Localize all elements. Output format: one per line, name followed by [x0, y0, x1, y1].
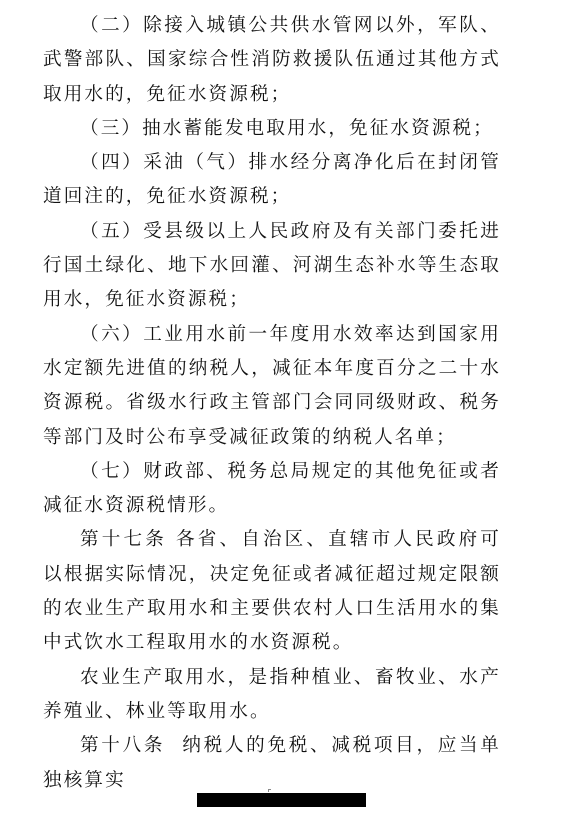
article-17: 第十七条 各省、自治区、直辖市人民政府可以根据实际情况，决定免征或者减征超过规定…: [43, 523, 501, 660]
article-17-definition: 农业生产取用水，是指种植业、畜牧业、水产养殖业、林业等取用水。: [43, 661, 501, 730]
clause-item-2: （二）除接入城镇公共供水管网以外，军队、武警部队、国家综合性消防救援队伍通过其他…: [43, 9, 501, 112]
clause-item-5: （五）受县级以上人民政府及有关部门委托进行国土绿化、地下水回灌、河湖生态补水等生…: [43, 215, 501, 318]
clause-item-6: （六）工业用水前一年度用水效率达到国家用水定额先进值的纳税人，减征本年度百分之二…: [43, 318, 501, 455]
redaction-bar: [197, 793, 366, 807]
page-number-mark: [268, 789, 271, 792]
clause-item-7: （七）财政部、税务总局规定的其他免征或者减征水资源税情形。: [43, 455, 501, 524]
article-18: 第十八条 纳税人的免税、减税项目，应当单独核算实: [43, 729, 501, 798]
document-page: （二）除接入城镇公共供水管网以外，军队、武警部队、国家综合性消防救援队伍通过其他…: [43, 9, 501, 798]
clause-item-4: （四）采油（气）排水经分离净化后在封闭管道回注的，免征水资源税；: [43, 146, 501, 215]
clause-item-3: （三）抽水蓄能发电取用水，免征水资源税；: [43, 112, 501, 146]
